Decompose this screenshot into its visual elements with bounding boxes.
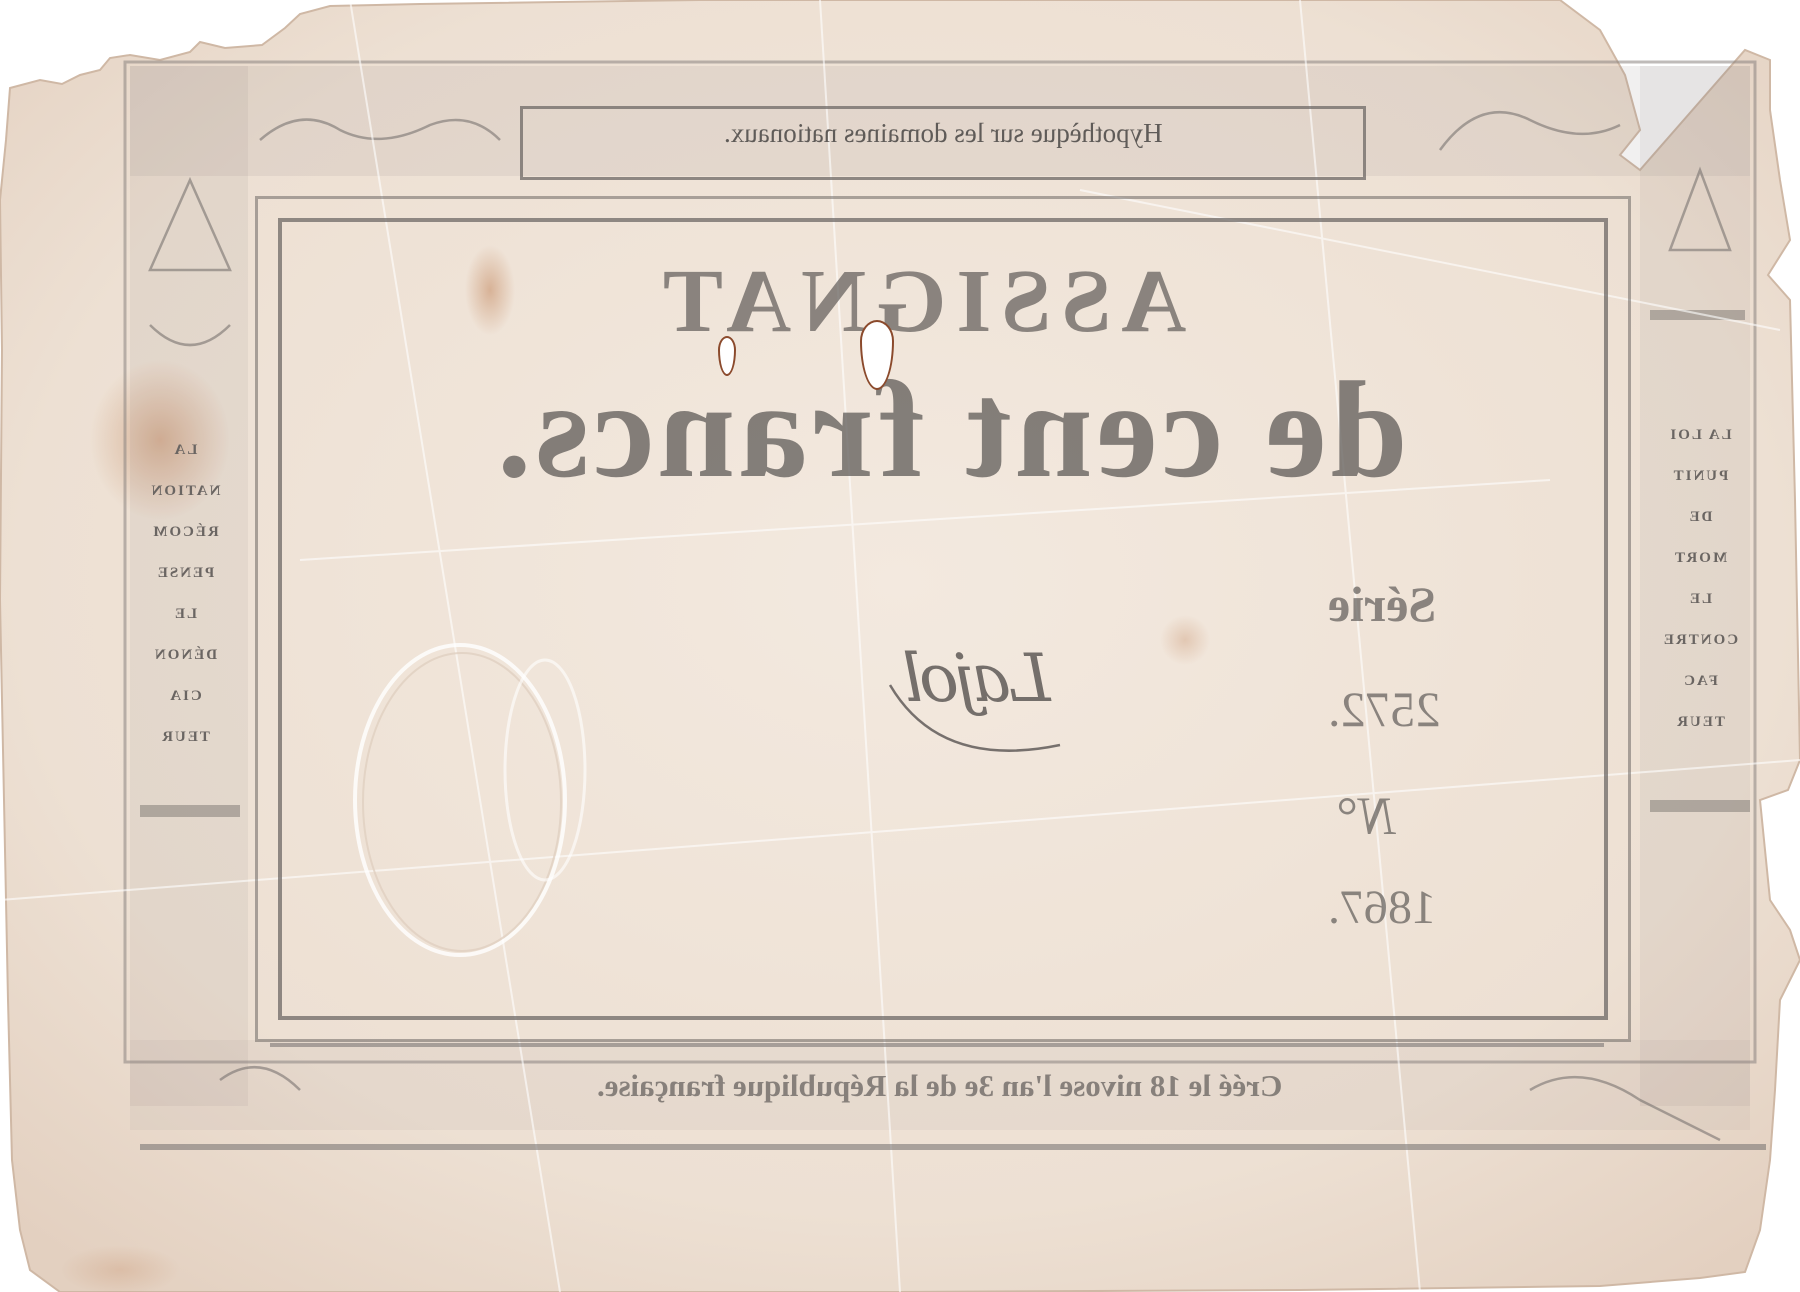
number-label: N° (1338, 785, 1396, 847)
serie-label: Série (1328, 575, 1436, 633)
serie-number: 2572. (1328, 680, 1441, 738)
bottom-rule-top (270, 1043, 1604, 1047)
signature: signature Lajol (885, 640, 1050, 717)
title-line1: ASSIGNAT (560, 250, 1280, 353)
right-panel-text: LA LOI PUNIT DE MORT LE CONTRE FAC TEUR (1645, 415, 1755, 743)
banner-text: Hypothèque sur les domaines nationaux. (520, 118, 1366, 149)
note-number: 1867. (1328, 880, 1436, 935)
bottom-text: Créé le 18 nivose l'an 3e de la Républiq… (380, 1068, 1500, 1104)
title-line2: de cent francs. (300, 355, 1600, 505)
bottom-rule (140, 1144, 1766, 1150)
left-panel-text: LA NATION RÉCOM PENSE LE DÉNON CIA TEUR (130, 430, 240, 758)
